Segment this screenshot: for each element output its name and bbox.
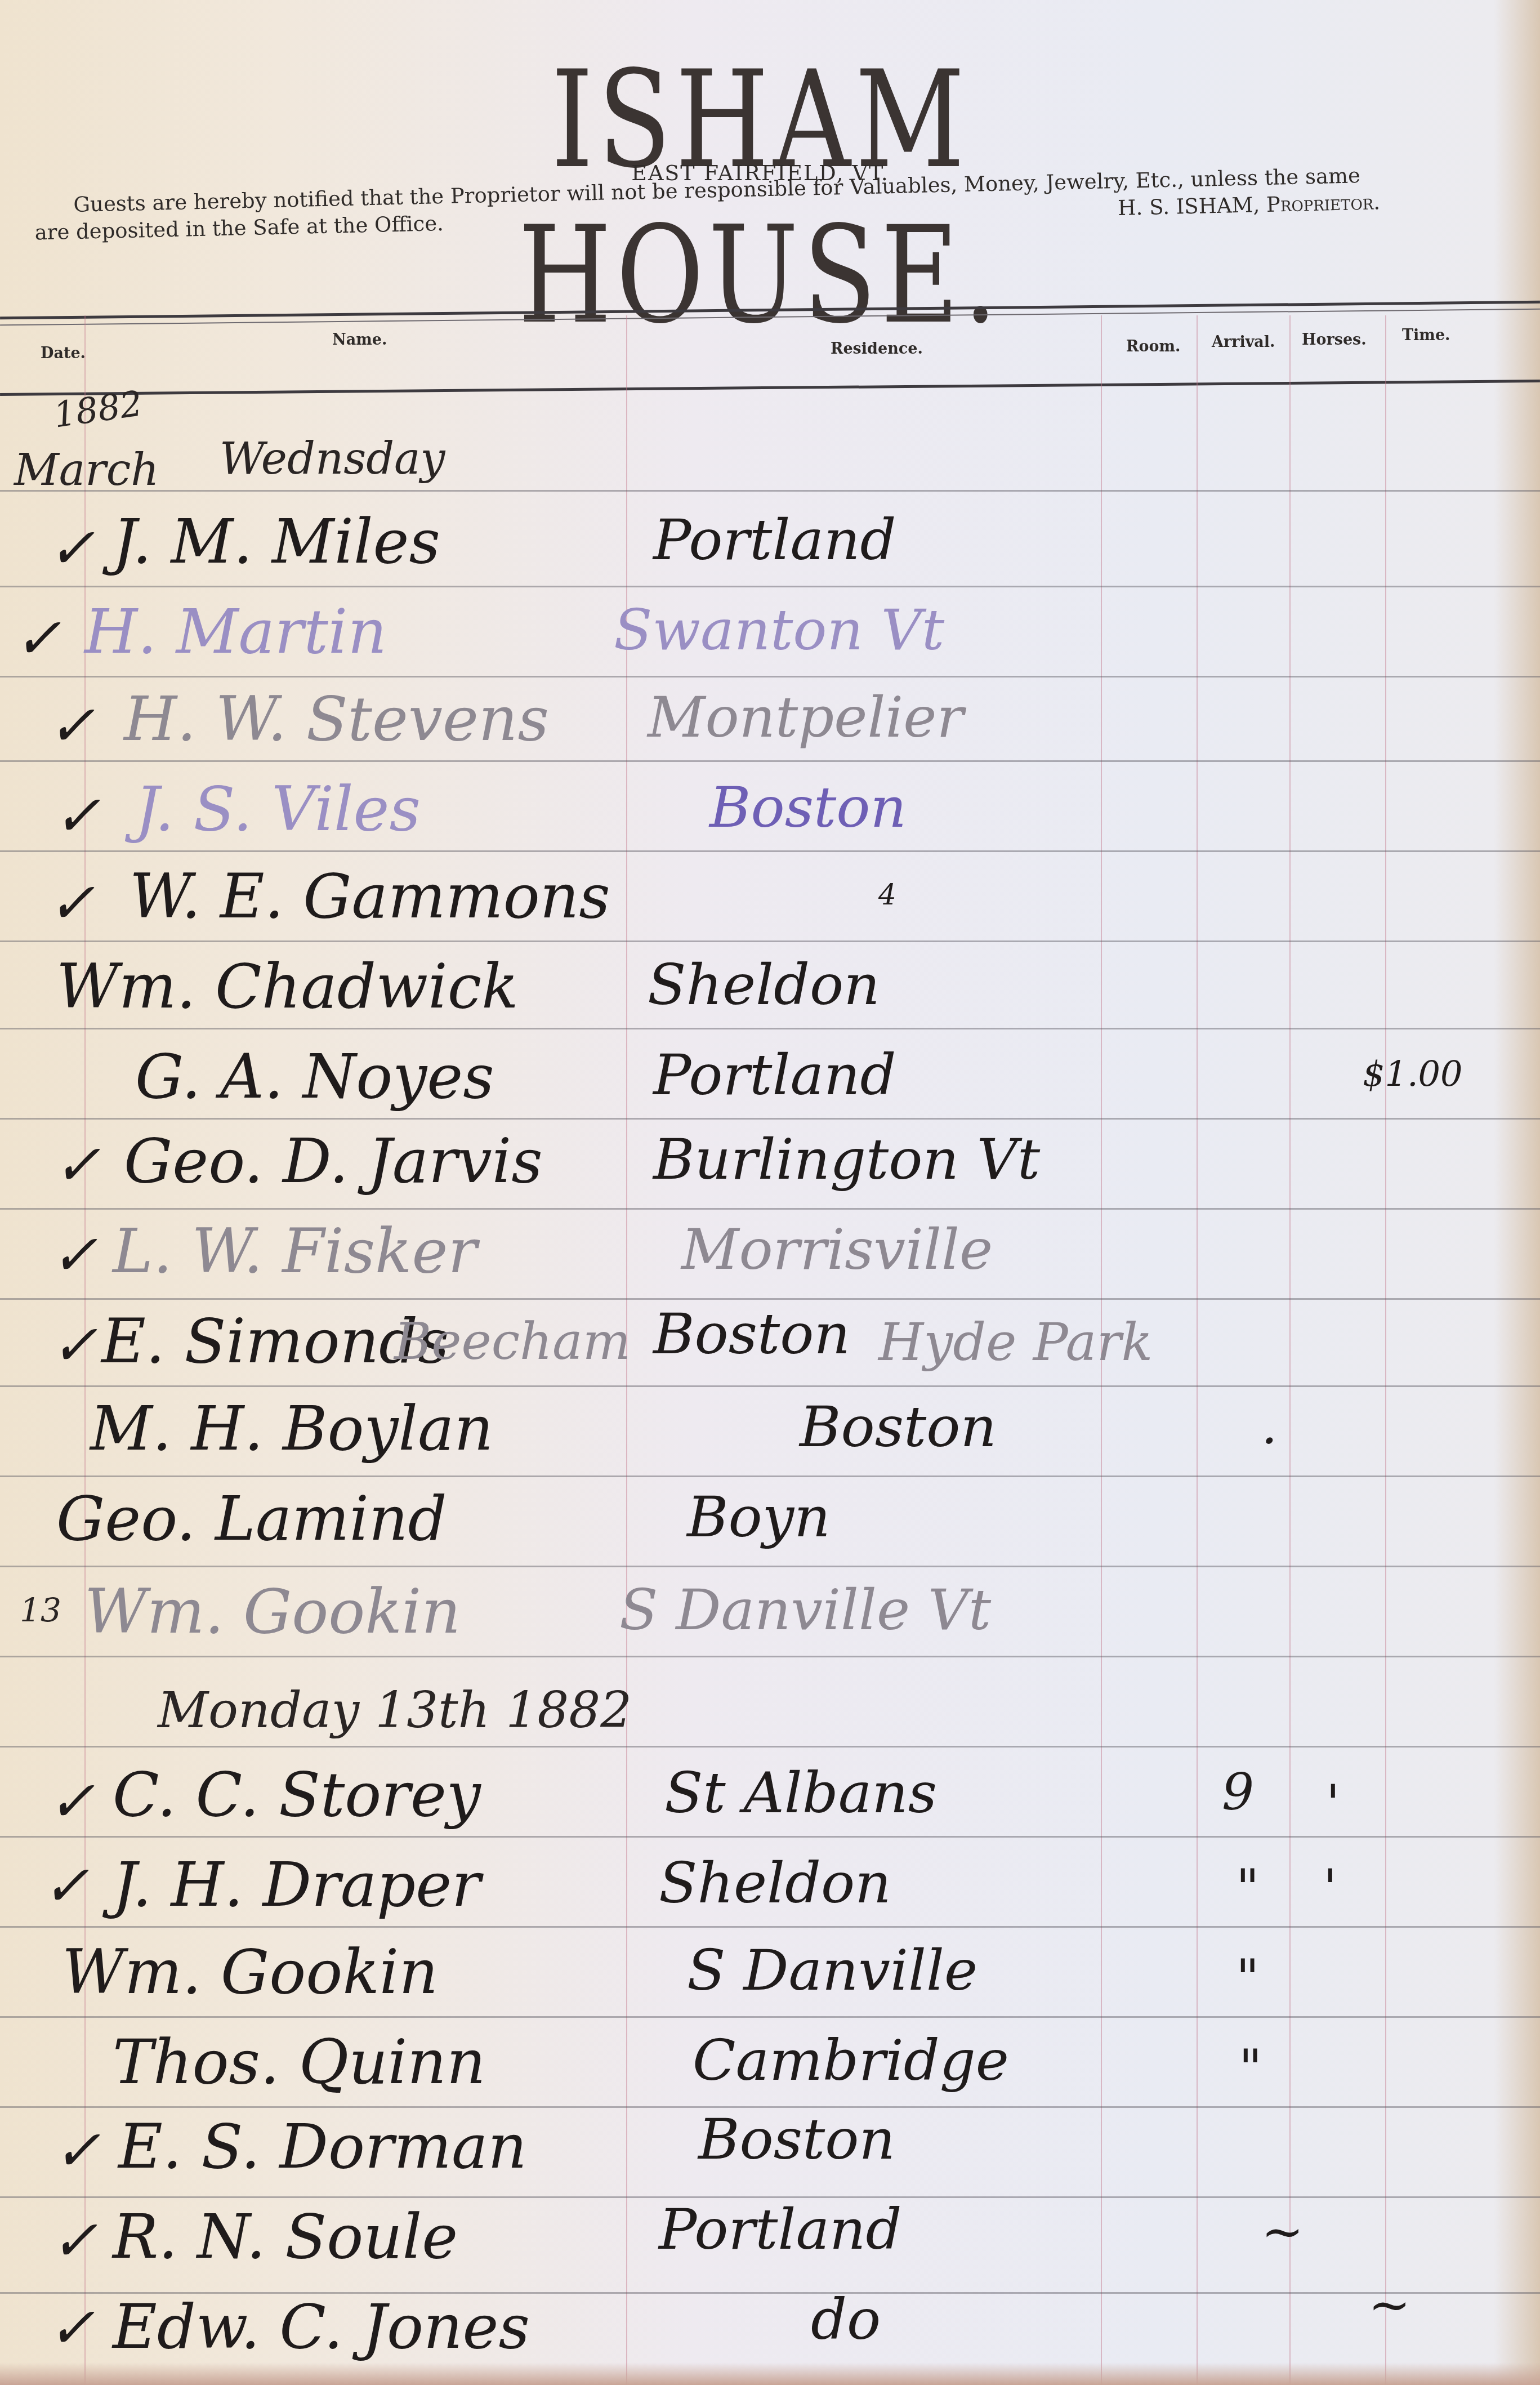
- checkmark-icon: ✓: [14, 605, 61, 671]
- guest-residence: Montpelier: [648, 684, 963, 750]
- guest-residence: S Danville: [687, 1937, 977, 2003]
- month-heading: March: [14, 445, 159, 496]
- arrival-mark: ': [1326, 1774, 1340, 1833]
- guest-residence: Boston: [698, 2106, 895, 2172]
- ruled-line: [0, 1475, 1540, 1477]
- ruled-line: [0, 1298, 1540, 1300]
- ruled-line: [0, 1028, 1540, 1029]
- guest-residence: do: [811, 2286, 881, 2352]
- ruled-line: [0, 490, 1540, 492]
- column-time: Time.: [1402, 327, 1450, 344]
- guest-name: C. C. Storey: [113, 1760, 481, 1830]
- guest-name: Edw. C. Jones: [113, 2292, 530, 2362]
- ruled-line: [0, 760, 1540, 762]
- guest-name: J. M. Miles: [113, 507, 440, 577]
- checkmark-icon: ✓: [48, 515, 95, 581]
- checkmark-icon: ✓: [51, 1312, 98, 1378]
- guest-name: Wm. Chadwick: [56, 952, 519, 1022]
- checkmark-icon: ✓: [51, 2208, 98, 2273]
- page-bottom-edge: [0, 2362, 1540, 2385]
- guest-name: G. A. Noyes: [135, 1042, 494, 1112]
- checkmark-icon: ✓: [48, 1768, 95, 1834]
- guest-residence: Morrisville: [681, 1216, 993, 1282]
- ruled-line: [0, 2016, 1540, 2018]
- entry-mark: ~: [1261, 2202, 1304, 2261]
- guest-name: E. S. Dorman: [118, 2112, 527, 2182]
- guest-name: M. H. Boylan: [90, 1394, 493, 1464]
- guest-name: Wm. Gookin: [84, 1577, 461, 1647]
- ruled-line: [0, 1926, 1540, 1928]
- guest-residence-overwritten: Hyde Park: [878, 1312, 1153, 1372]
- ruled-line: [0, 586, 1540, 587]
- header-rule-bottom: [0, 380, 1540, 396]
- guest-residence: Cambridge: [693, 2027, 1009, 2093]
- guest-residence: Portland: [653, 1042, 896, 1108]
- ruled-line: [0, 940, 1540, 942]
- guest-residence: Boston: [709, 774, 907, 840]
- rule-arrival-col: [1289, 315, 1291, 2385]
- guest-name: R. N. Soule: [113, 2202, 458, 2272]
- column-residence: Residence.: [831, 340, 923, 358]
- checkmark-icon: ✓: [51, 1222, 98, 1288]
- ruled-line: [0, 676, 1540, 677]
- year-heading: 1882: [51, 382, 145, 435]
- guest-residence: Swanton Vt: [614, 597, 944, 663]
- column-headers: Date. Name. Residence. Room. Arrival. Ho…: [0, 315, 1540, 377]
- guest-residence: Portland: [659, 2196, 901, 2262]
- guest-residence: Burlington Vt: [653, 1126, 1040, 1192]
- guest-residence: 4: [878, 879, 896, 911]
- proprietor-signature: H. S. ISHAM, Proprietor.: [1118, 189, 1381, 222]
- room-ditto: ": [1236, 1949, 1259, 2008]
- guest-residence: Sheldon: [659, 1850, 891, 1916]
- checkmark-icon: ✓: [53, 2117, 101, 2183]
- guest-name-overwritten: Beecham: [394, 1312, 631, 1371]
- guest-residence: Boyn: [687, 1484, 831, 1550]
- guest-name: J. S. Viles: [135, 774, 421, 845]
- guest-name: L. W. Fisker: [113, 1216, 477, 1287]
- guest-residence: St Albans: [664, 1760, 937, 1826]
- guest-residence: Portland: [653, 507, 896, 573]
- guest-residence: Boston: [800, 1394, 997, 1460]
- ruled-line: [0, 1566, 1540, 1567]
- ruled-line: [0, 1385, 1540, 1387]
- room-ditto: ": [1236, 1858, 1259, 1918]
- masthead: ISHAM HOUSE. EAST FAIRFIELD, VT. Guests …: [0, 0, 1540, 293]
- checkmark-icon: ✓: [53, 783, 101, 849]
- guest-residence: Sheldon: [648, 952, 880, 1018]
- ruled-line: [0, 1746, 1540, 1747]
- guest-residence: S Danville Vt: [619, 1577, 991, 1643]
- checkmark-icon: ✓: [42, 1853, 90, 1919]
- guest-name: Thos. Quinn: [113, 2027, 485, 2098]
- arrival-mark: ': [1323, 1858, 1337, 1918]
- ruled-line: [0, 1118, 1540, 1120]
- guest-name: H. Martin: [84, 597, 387, 667]
- guest-residence: Boston: [653, 1301, 850, 1367]
- charge-amount: $1.00: [1363, 1053, 1463, 1094]
- entry-mark: ~: [1368, 2275, 1410, 2334]
- checkmark-icon: ✓: [48, 870, 95, 936]
- room-ditto: ": [1239, 2039, 1262, 2098]
- checkmark-icon: ✓: [48, 693, 95, 759]
- guest-name: Geo. D. Jarvis: [124, 1126, 543, 1197]
- ruled-line: [0, 1836, 1540, 1838]
- guest-name: Wm. Gookin: [62, 1937, 438, 2008]
- ruled-line: [0, 1656, 1540, 1657]
- column-name: Name.: [332, 331, 387, 349]
- rule-room-col: [1197, 315, 1198, 2385]
- guest-name: W. E. Gammons: [130, 862, 610, 932]
- guest-name: Geo. Lamind: [56, 1484, 447, 1554]
- column-room: Room.: [1126, 338, 1180, 355]
- column-horses: Horses.: [1302, 331, 1367, 349]
- checkmark-icon: ✓: [53, 1132, 101, 1198]
- checkmark-icon: ✓: [48, 2295, 95, 2361]
- room-number: 9: [1222, 1763, 1254, 1822]
- margin-number: 13: [20, 1591, 61, 1629]
- column-date: Date.: [41, 345, 86, 362]
- ruled-line: [0, 1208, 1540, 1210]
- entry-mark: .: [1261, 1397, 1278, 1456]
- guest-name: J. H. Draper: [113, 1850, 481, 1920]
- guest-name: H. W. Stevens: [124, 684, 549, 755]
- register-page: ISHAM HOUSE. EAST FAIRFIELD, VT. Guests …: [0, 0, 1540, 2385]
- rule-horses-col: [1385, 315, 1386, 2385]
- date-heading-monday: Monday 13th 1882: [158, 1681, 632, 1739]
- weekday-heading: Wednsday: [220, 434, 445, 484]
- ruled-line: [0, 850, 1540, 852]
- column-arrival: Arrival.: [1212, 333, 1275, 351]
